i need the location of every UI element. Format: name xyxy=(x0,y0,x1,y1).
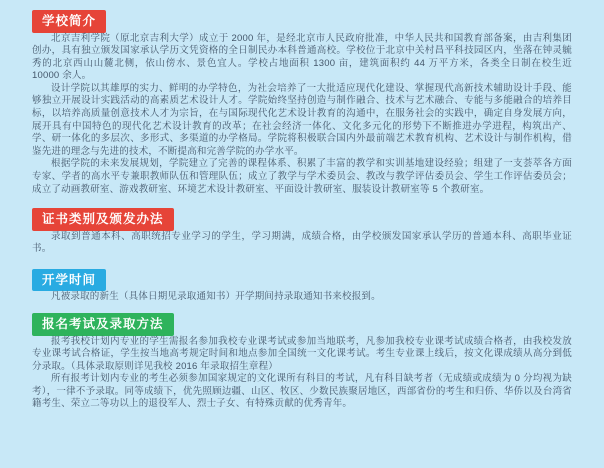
certificate-paragraph: 录取到普通本科、高职统招专业学习的学生，学习期满，成绩合格，由学校颁发国家承认学… xyxy=(32,231,572,256)
school-intro-paragraph-2: 设计学院以其雄厚的实力、鲜明的办学特色，为社会培养了一大批适应现代化建设、掌握现… xyxy=(32,83,572,159)
registration-paragraph-2: 所有报考计划内专业的考生必须参加国家规定的文化课所有科目的考试，凡有科目缺考者（… xyxy=(32,373,572,411)
school-intro-paragraph-1: 北京吉利学院（原北京吉利大学）成立于 2000 年，是经北京市人民政府批准，中华… xyxy=(32,33,572,83)
section-badge-certificate: 证书类别及颁发办法 xyxy=(32,208,174,231)
section-certificate-header: 证书类别及颁发办法 xyxy=(32,208,572,231)
section-registration-header: 报名考试及录取方法 xyxy=(32,313,572,336)
section-badge-registration: 报名考试及录取方法 xyxy=(32,313,174,336)
section-term-start-header: 开学时间 xyxy=(32,269,572,292)
section-badge-school-intro: 学校简介 xyxy=(32,10,106,33)
term-start-paragraph: 凡被录取的新生（具体日期见录取通知书）开学期间持录取通知书来校报到。 xyxy=(32,291,572,304)
admissions-info-page: 学校简介 北京吉利学院（原北京吉利大学）成立于 2000 年，是经北京市人民政府… xyxy=(0,0,604,468)
registration-paragraph-1: 报考我校计划内专业的学生需报名参加我校专业课考试或参加当地联考，凡参加我校专业课… xyxy=(32,336,572,374)
school-intro-paragraph-3: 根据学院的未来发展规划，学院建立了完善的课程体系、积累了丰富的教学和实训基地建设… xyxy=(32,158,572,196)
section-school-intro-header: 学校简介 xyxy=(32,10,572,33)
section-badge-term-start: 开学时间 xyxy=(32,269,106,292)
